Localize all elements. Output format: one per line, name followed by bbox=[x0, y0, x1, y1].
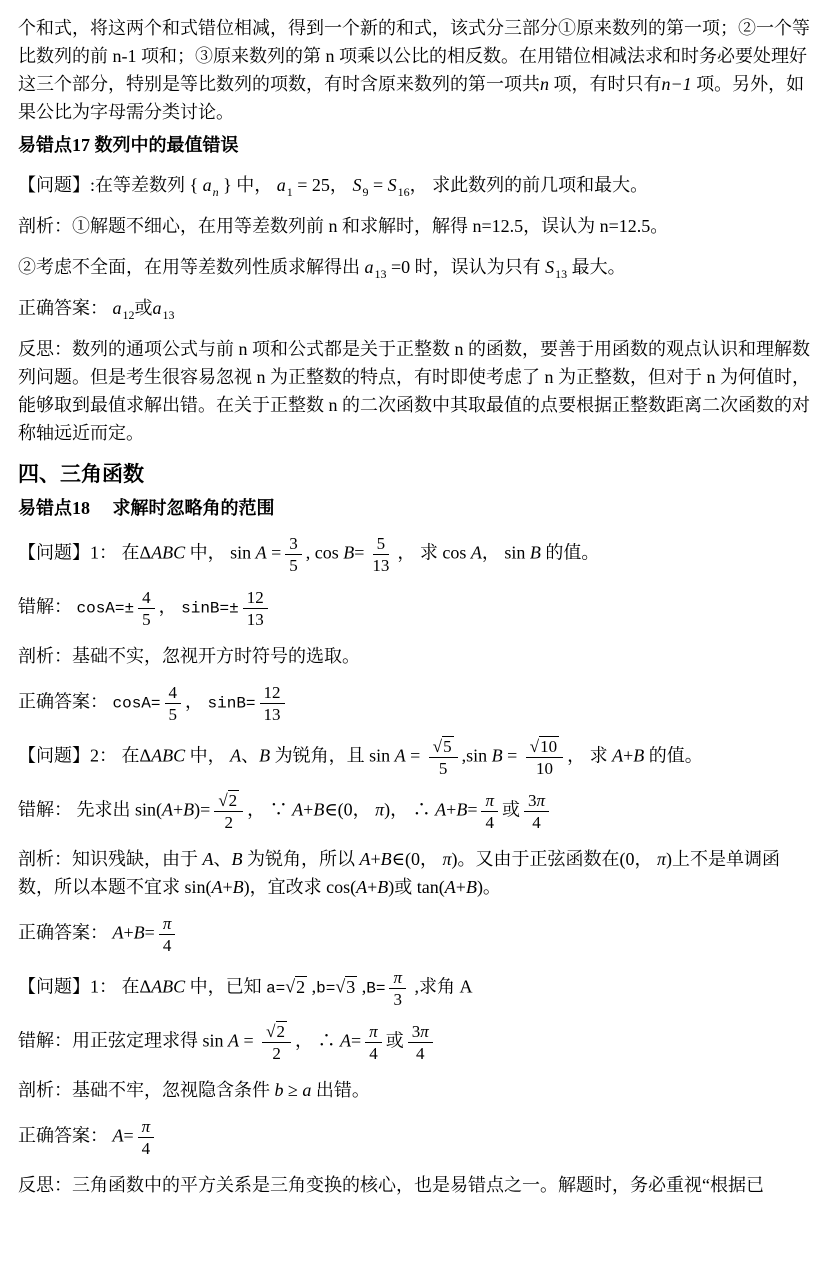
analysis-17-2: ②考虑不全面，在用等差数列性质求解得出 a13 =0 时，误认为只有 S13 最… bbox=[18, 253, 814, 281]
text-run: ， 求 cos bbox=[397, 543, 471, 563]
fraction: √22 bbox=[214, 791, 243, 832]
text-run: 最大。 bbox=[567, 257, 626, 277]
text-run: 错解：用正弦定理求得 sin bbox=[18, 1031, 228, 1051]
text-run: 【问题】:在等差数列 { bbox=[18, 175, 203, 195]
math-variable: B bbox=[377, 877, 388, 897]
radical-sign-icon: √ bbox=[218, 791, 227, 810]
fraction: π3 bbox=[389, 968, 406, 1009]
math-variable: a bbox=[365, 257, 374, 277]
reflection-18: 反思：三角函数中的平方关系是三角变换的核心，也是易错点之一。解题时，务必重视“根… bbox=[18, 1171, 814, 1199]
reflection-17: 反思：数列的通项公式与前 n 项和公式都是关于正整数 n 的函数，要善于用函数的… bbox=[18, 335, 814, 447]
subscript: 12 bbox=[123, 308, 135, 322]
analysis-18-3: 剖析：基础不牢，忽视隐含条件 b ≥ a 出错。 bbox=[18, 1076, 814, 1104]
fraction: √1010 bbox=[526, 737, 563, 778]
fraction: 35 bbox=[285, 534, 302, 575]
text-run: 出错。 bbox=[311, 1080, 370, 1100]
text-run: + bbox=[446, 800, 456, 820]
section-heading-trigonometry: 四、三角函数 bbox=[18, 459, 814, 489]
text-run: = bbox=[124, 1126, 134, 1146]
math-variable: A bbox=[113, 923, 124, 943]
subscripted-symbol: S13 bbox=[545, 257, 567, 277]
math-variable: B bbox=[633, 746, 644, 766]
text-run: + bbox=[223, 877, 233, 897]
radicand: 5 bbox=[442, 736, 454, 756]
text-run: = bbox=[267, 543, 282, 563]
math-variable: A bbox=[256, 543, 267, 563]
radicand: 2 bbox=[228, 790, 240, 810]
text-run: 的值。 bbox=[644, 746, 703, 766]
fraction: √55 bbox=[429, 737, 458, 778]
problem-18-1: 【问题】1： 在ΔABC 中， sin A =35, cos B=513， 求 … bbox=[18, 534, 814, 575]
math-variable: S bbox=[388, 175, 397, 195]
subscript: 13 bbox=[375, 267, 387, 281]
text-run: 、 bbox=[214, 849, 232, 869]
text-run: ∈(0， bbox=[324, 800, 375, 820]
text-run: =0 时，误认为只有 bbox=[387, 257, 546, 277]
text-run: 中， sin bbox=[185, 543, 256, 563]
wrong-solution-18-3: 错解：用正弦定理求得 sin A = √22， ∴ A=π4或3π4 bbox=[18, 1022, 814, 1063]
math-expression: cosA= bbox=[113, 695, 161, 713]
text-run: 正确答案： bbox=[18, 923, 113, 943]
subscript: 16 bbox=[398, 185, 410, 199]
fraction: π4 bbox=[365, 1022, 382, 1063]
fraction: π4 bbox=[159, 914, 176, 955]
math-variable: S bbox=[352, 175, 361, 195]
math-variable: π bbox=[369, 1022, 378, 1041]
text-run: = bbox=[467, 800, 477, 820]
text-run: ， sin bbox=[482, 543, 530, 563]
fraction-numerator: √2 bbox=[214, 791, 243, 812]
text-run: 【问题】1： 在Δ bbox=[18, 977, 151, 997]
text-run: )，宜改求 cos( bbox=[244, 877, 356, 897]
text-run: ， bbox=[185, 692, 208, 712]
math-expression: cosA=± bbox=[77, 600, 135, 618]
answer-17: 正确答案： a12或a13 bbox=[18, 294, 814, 322]
text-run: = bbox=[406, 746, 425, 766]
fraction-numerator: π bbox=[389, 968, 406, 989]
text-run: = bbox=[354, 543, 364, 563]
text-run: 或 bbox=[135, 298, 153, 318]
math-variable: ABC bbox=[151, 977, 185, 997]
math-variable: B bbox=[456, 800, 467, 820]
fraction: 3π4 bbox=[524, 791, 549, 832]
math-variable: a bbox=[153, 298, 162, 318]
analysis-17-1: 剖析：①解题不细心，在用等差数列前 n 和求解时，解得 n=12.5，误认为 n… bbox=[18, 212, 814, 240]
text-run: )， ∴ bbox=[384, 800, 435, 820]
math-variable: A bbox=[230, 746, 241, 766]
fraction-denominator: 13 bbox=[368, 555, 393, 575]
text-run: ≥ bbox=[284, 1080, 303, 1100]
fraction-denominator: 4 bbox=[138, 1138, 155, 1158]
fraction-denominator: 4 bbox=[482, 812, 499, 832]
fraction-numerator: 5 bbox=[373, 534, 390, 555]
text-run: 反思：数列的通项公式与前 n 项和公式都是关于正整数 n 的函数，要善于用函数的… bbox=[18, 339, 810, 443]
math-variable: B bbox=[381, 849, 392, 869]
math-variable: ABC bbox=[151, 543, 185, 563]
text-run: = bbox=[368, 175, 387, 195]
text-run: , cos bbox=[306, 543, 344, 563]
math-variable: A bbox=[340, 1031, 351, 1051]
math-variable: B bbox=[313, 800, 324, 820]
subscripted-symbol: a13 bbox=[365, 257, 387, 277]
fraction-denominator: 4 bbox=[412, 1043, 429, 1063]
math-variable: S bbox=[545, 257, 554, 277]
text-run: 【问题】2： 在Δ bbox=[18, 746, 151, 766]
text-run: 、 bbox=[241, 746, 259, 766]
fraction-numerator: √5 bbox=[429, 737, 458, 758]
math-variable: A bbox=[292, 800, 303, 820]
fraction-numerator: π bbox=[138, 1117, 155, 1138]
fraction-denominator: 2 bbox=[220, 812, 237, 832]
math-variable: B bbox=[134, 923, 145, 943]
math-variable: a bbox=[113, 298, 122, 318]
text-run: 正确答案： bbox=[18, 692, 113, 712]
math-variable: π bbox=[420, 1022, 429, 1041]
math-variable: A bbox=[435, 800, 446, 820]
math-variable: A bbox=[471, 543, 482, 563]
text-run: 项，有时只有 bbox=[549, 74, 662, 94]
math-variable: B bbox=[343, 543, 354, 563]
text-run: 易错点17 数列中的最值错误 bbox=[18, 135, 239, 155]
problem-18-2: 【问题】2： 在ΔABC 中， A、B 为锐角，且 sin A = √55,si… bbox=[18, 737, 814, 778]
text-run: + bbox=[173, 800, 183, 820]
math-expression: a= bbox=[266, 980, 285, 998]
radical-sign-icon: √ bbox=[433, 737, 442, 756]
fraction: 45 bbox=[165, 683, 182, 724]
text-run: ∈(0， bbox=[392, 849, 443, 869]
math-variable: π bbox=[375, 800, 384, 820]
math-variable: π bbox=[485, 791, 494, 810]
fraction-numerator: 12 bbox=[243, 588, 268, 609]
text-run: , bbox=[307, 977, 316, 997]
math-variable: B bbox=[232, 849, 243, 869]
fraction-numerator: 4 bbox=[138, 588, 155, 609]
fraction: 513 bbox=[368, 534, 393, 575]
radicand: 10 bbox=[539, 736, 559, 756]
intro-paragraph: 个和式，将这两个和式错位相减，得到一个新的和式，该式分三部分①原来数列的第一项；… bbox=[18, 14, 814, 126]
answer-18-2: 正确答案： A+B=π4 bbox=[18, 914, 814, 955]
math-variable: A bbox=[445, 877, 456, 897]
fraction-numerator: 3π bbox=[524, 791, 549, 812]
math-variable: A bbox=[612, 746, 623, 766]
fraction: π4 bbox=[138, 1117, 155, 1158]
text-run: 为锐角，所以 bbox=[243, 849, 360, 869]
text-run: 剖析：基础不牢，忽视隐含条件 bbox=[18, 1080, 275, 1100]
text-run: 剖析：基础不实，忽视开方时符号的选取。 bbox=[18, 646, 360, 666]
math-variable: b bbox=[275, 1080, 284, 1100]
math-variable: A bbox=[228, 1031, 239, 1051]
answer-18-1: 正确答案： cosA=45， sinB=1213 bbox=[18, 683, 814, 724]
math-variable: B bbox=[530, 543, 541, 563]
text-run: = bbox=[145, 923, 155, 943]
radical-sign-icon: √ bbox=[285, 977, 295, 997]
math-variable: A bbox=[356, 877, 367, 897]
fraction-denominator: 13 bbox=[243, 609, 268, 629]
fraction-denominator: 5 bbox=[285, 555, 302, 575]
text-run: ， 求 bbox=[567, 746, 612, 766]
text-run: 剖析：知识残缺，由于 bbox=[18, 849, 203, 869]
heading-error-point-18: 易错点18 求解时忽略角的范围 bbox=[18, 495, 814, 521]
text-run: 的值。 bbox=[541, 543, 600, 563]
document-page: 个和式，将这两个和式错位相减，得到一个新的和式，该式分三部分①原来数列的第一项；… bbox=[0, 0, 832, 1199]
math-expression: b= bbox=[316, 980, 335, 998]
math-variable: B bbox=[259, 746, 270, 766]
text-run: 剖析：①解题不细心，在用等差数列前 n 和求解时，解得 n=12.5，误认为 n… bbox=[18, 216, 668, 236]
math-variable: A bbox=[395, 746, 406, 766]
text-run: + bbox=[303, 800, 313, 820]
radical-sign-icon: √ bbox=[266, 1022, 275, 1041]
text-run: 正确答案： bbox=[18, 1126, 113, 1146]
fraction: 1213 bbox=[260, 683, 285, 724]
subscripted-symbol: a12 bbox=[113, 298, 135, 318]
fraction-numerator: 4 bbox=[165, 683, 182, 704]
fraction: 45 bbox=[138, 588, 155, 629]
math-variable: π bbox=[442, 849, 451, 869]
math-variable: A bbox=[212, 877, 223, 897]
answer-18-3: 正确答案： A=π4 bbox=[18, 1117, 814, 1158]
fraction-denominator: 5 bbox=[435, 758, 452, 778]
math-variable: A bbox=[113, 1126, 124, 1146]
fraction-numerator: π bbox=[159, 914, 176, 935]
heading-error-point-17: 易错点17 数列中的最值错误 bbox=[18, 132, 814, 158]
text-run: 错解： bbox=[18, 597, 77, 617]
square-root: √3 bbox=[335, 976, 357, 997]
math-variable: π bbox=[393, 968, 402, 987]
fraction-numerator: π bbox=[481, 791, 498, 812]
text-run: ， ∵ bbox=[247, 800, 292, 820]
fraction-denominator: 2 bbox=[268, 1043, 285, 1063]
fraction-numerator: √2 bbox=[262, 1022, 291, 1043]
problem-18-3: 【问题】1： 在ΔABC 中，已知 a=√2 ,b=√3 ,B=π3 ,求角 A bbox=[18, 968, 814, 1009]
math-expression: sinB= bbox=[208, 695, 256, 713]
text-run: 或 bbox=[386, 1031, 404, 1051]
math-variable: π bbox=[537, 791, 546, 810]
text-run: ,求角 A bbox=[410, 977, 473, 997]
math-expression: sinB=± bbox=[181, 600, 239, 618]
math-variable: a bbox=[277, 175, 286, 195]
text-run: 四、三角函数 bbox=[18, 462, 144, 486]
fraction-denominator: 13 bbox=[260, 704, 285, 724]
text-run: 中， bbox=[185, 746, 230, 766]
math-variable: B bbox=[233, 877, 244, 897]
fraction-denominator: 3 bbox=[389, 989, 406, 1009]
fraction-numerator: π bbox=[365, 1022, 382, 1043]
wrong-solution-18-1: 错解： cosA=±45， sinB=±1213 bbox=[18, 588, 814, 629]
text-run: )。 bbox=[477, 877, 501, 897]
subscripted-symbol: an bbox=[203, 175, 219, 195]
math-variable: B bbox=[466, 877, 477, 897]
math-variable: π bbox=[657, 849, 666, 869]
text-run: } 中， bbox=[219, 175, 277, 195]
text-run: 【问题】1： 在Δ bbox=[18, 543, 151, 563]
text-run: = bbox=[351, 1031, 361, 1051]
text-run: 中，已知 bbox=[185, 977, 266, 997]
math-variable: A bbox=[203, 849, 214, 869]
subscripted-symbol: a13 bbox=[153, 298, 175, 318]
math-variable: π bbox=[163, 914, 172, 933]
text-run: + bbox=[623, 746, 633, 766]
text-run: = bbox=[503, 746, 522, 766]
text-run: )。又由于正弦函数在(0， bbox=[452, 849, 658, 869]
wrong-solution-18-2: 错解： 先求出 sin(A+B)=√22， ∵ A+B∈(0， π)， ∴ A+… bbox=[18, 791, 814, 832]
text-run: 为锐角，且 sin bbox=[270, 746, 395, 766]
analysis-18-1: 剖析：基础不实，忽视开方时符号的选取。 bbox=[18, 642, 814, 670]
math-variable: n bbox=[540, 74, 549, 94]
math-expression: B= bbox=[366, 980, 385, 998]
subscript: 13 bbox=[555, 267, 567, 281]
math-variable: A bbox=[360, 849, 371, 869]
fraction-numerator: √10 bbox=[526, 737, 563, 758]
fraction-denominator: 4 bbox=[159, 935, 176, 955]
analysis-18-2: 剖析：知识残缺，由于 A、B 为锐角，所以 A+B∈(0， π)。又由于正弦函数… bbox=[18, 845, 814, 901]
math-variable: B bbox=[492, 746, 503, 766]
text-run: = bbox=[239, 1031, 258, 1051]
text-run: 易错点18 求解时忽略角的范围 bbox=[18, 498, 275, 518]
text-run: ， 求此数列的前几项和最大。 bbox=[410, 175, 649, 195]
radicand: 2 bbox=[276, 1021, 288, 1041]
problem-17: 【问题】:在等差数列 { an } 中， a1 = 25， S9 = S16， … bbox=[18, 171, 814, 199]
fraction-numerator: 3π bbox=[408, 1022, 433, 1043]
radicand: 3 bbox=[345, 976, 357, 997]
radical-sign-icon: √ bbox=[335, 977, 345, 997]
fraction: π4 bbox=[481, 791, 498, 832]
math-variable: A bbox=[162, 800, 173, 820]
text-run: 正确答案： bbox=[18, 298, 113, 318]
fraction-denominator: 10 bbox=[532, 758, 557, 778]
math-variable: π bbox=[142, 1117, 151, 1136]
text-run: + bbox=[124, 923, 134, 943]
fraction-denominator: 4 bbox=[528, 812, 545, 832]
fraction-denominator: 5 bbox=[138, 609, 155, 629]
text-run: 反思：三角函数中的平方关系是三角变换的核心，也是易错点之一。解题时，务必重视“根… bbox=[18, 1175, 764, 1195]
subscripted-symbol: S16 bbox=[388, 175, 410, 195]
text-run: ②考虑不全面，在用等差数列性质求解得出 bbox=[18, 257, 365, 277]
text-run: )= bbox=[194, 800, 210, 820]
fraction: √22 bbox=[262, 1022, 291, 1063]
text-run: + bbox=[367, 877, 377, 897]
fraction-denominator: 5 bbox=[165, 704, 182, 724]
math-variable: ABC bbox=[151, 746, 185, 766]
text-run: 或 bbox=[502, 800, 520, 820]
math-variable: a bbox=[203, 175, 212, 195]
fraction: 3π4 bbox=[408, 1022, 433, 1063]
math-variable: n−1 bbox=[662, 74, 692, 94]
square-root: √2 bbox=[285, 976, 307, 997]
text-run: )或 tan( bbox=[388, 877, 444, 897]
text-run: + bbox=[456, 877, 466, 897]
fraction-denominator: 4 bbox=[365, 1043, 382, 1063]
subscripted-symbol: a1 bbox=[277, 175, 293, 195]
text-run: ， bbox=[159, 597, 182, 617]
radical-sign-icon: √ bbox=[530, 737, 539, 756]
radicand: 2 bbox=[295, 976, 307, 997]
subscripted-symbol: S9 bbox=[352, 175, 368, 195]
subscript: 13 bbox=[163, 308, 175, 322]
text-run: = 25， bbox=[293, 175, 353, 195]
text-run: ， ∴ bbox=[295, 1031, 340, 1051]
fraction-numerator: 3 bbox=[285, 534, 302, 555]
math-variable: B bbox=[183, 800, 194, 820]
text-run: ,sin bbox=[462, 746, 492, 766]
fraction-numerator: 12 bbox=[260, 683, 285, 704]
text-run: + bbox=[371, 849, 381, 869]
text-run: , bbox=[357, 977, 366, 997]
fraction: 1213 bbox=[243, 588, 268, 629]
text-run: 错解： 先求出 sin( bbox=[18, 800, 162, 820]
